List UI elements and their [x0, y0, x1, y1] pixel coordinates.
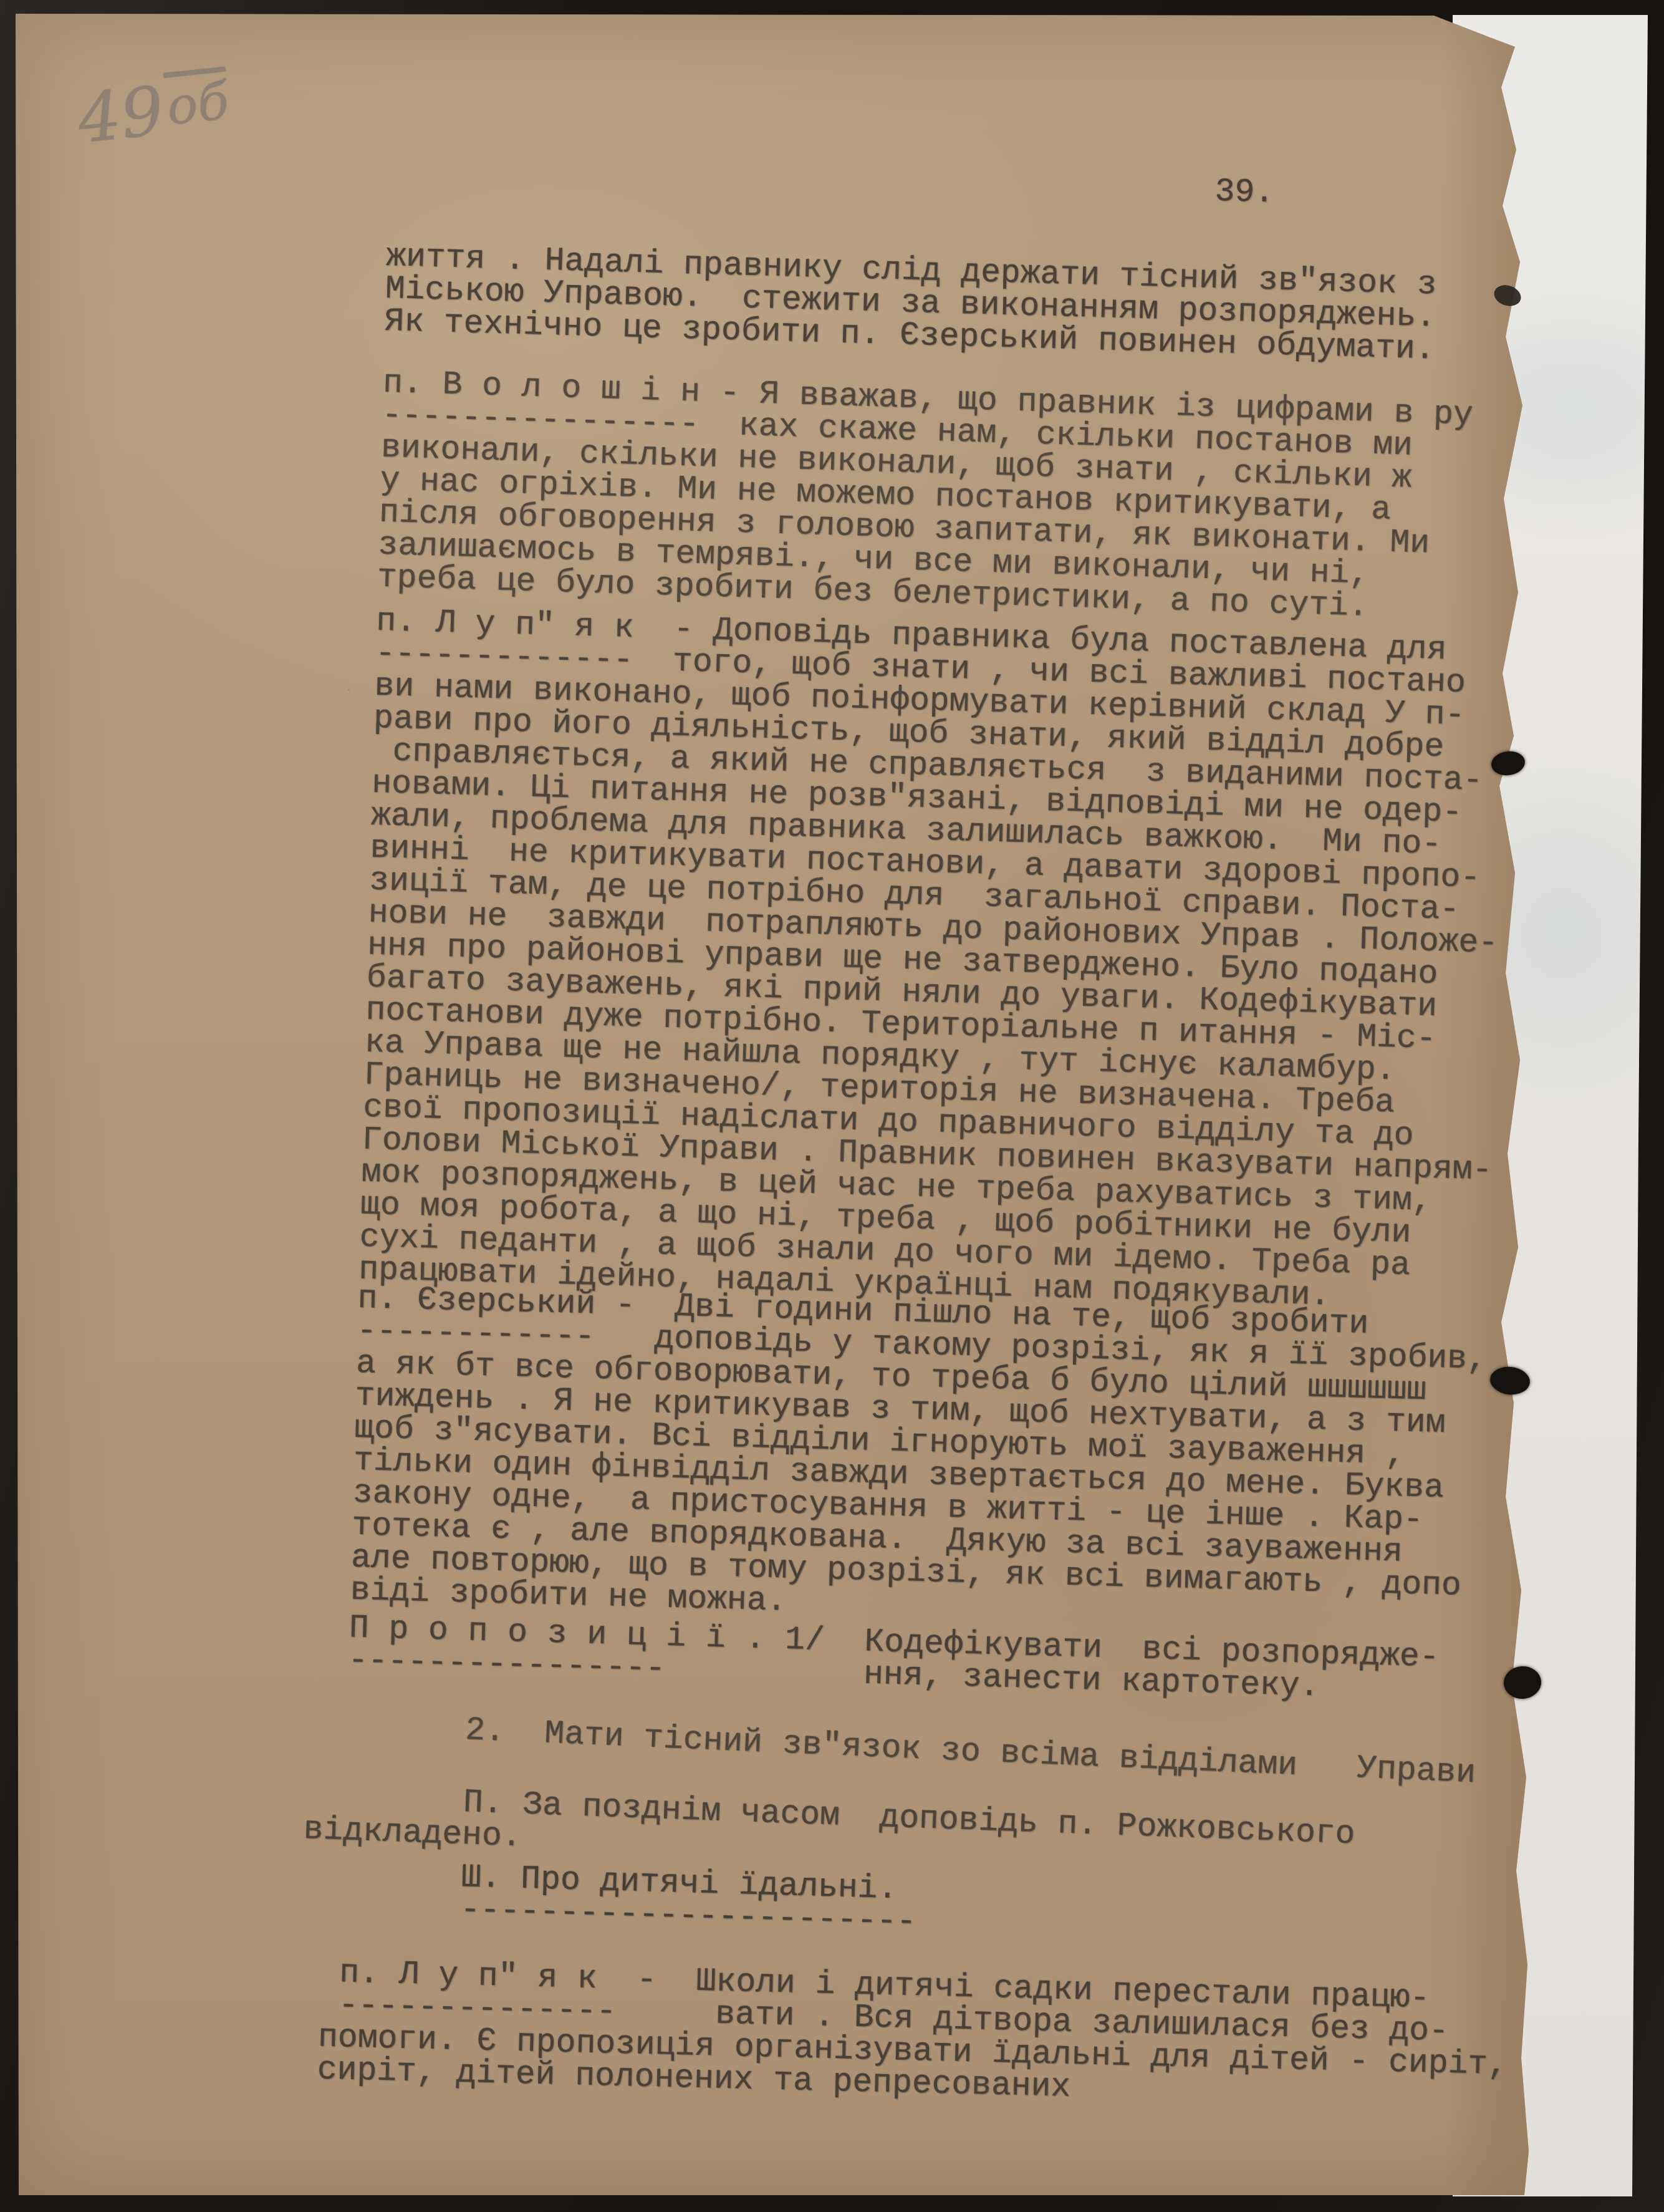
paragraph-speaker-lupiak: п. Л у п" я к - Доповідь правника була п… [358, 605, 1507, 1316]
paragraph-proposition-item-2: 2. Мати тісний зв"язок зо всіма відділам… [346, 1709, 1476, 1789]
scanned-document-background: 49об 39. життя . Надалі правнику слід де… [0, 0, 1664, 2212]
paragraph-intro: життя . Надалі правнику слід держати тіс… [384, 240, 1437, 366]
torn-typewritten-page: 49об 39. життя . Надалі правнику слід де… [16, 14, 1531, 2195]
paragraph-speaker-lupiak-canteens: п. Л у п" я к - Школи і дитячі садки пер… [317, 1956, 1509, 2113]
paragraph-speaker-voloshin: п. В о л о ш і н - Я вважав, що правник … [377, 367, 1473, 626]
archival-note-number: 49 [74, 72, 168, 159]
paragraph-speaker-yezerskyi: п. Єзерський - Дві години пішло на те, щ… [350, 1282, 1488, 1635]
page-number: 39. [1214, 175, 1275, 210]
section-heading-children-canteens: Ш. Про дитячі їдальні. -----------------… [341, 1858, 918, 1938]
handwritten-archival-note: 49об [74, 65, 233, 159]
typewritten-text-layer: 39. життя . Надалі правнику слід держати… [334, 240, 1570, 2205]
archival-note-suffix: об [164, 72, 232, 137]
